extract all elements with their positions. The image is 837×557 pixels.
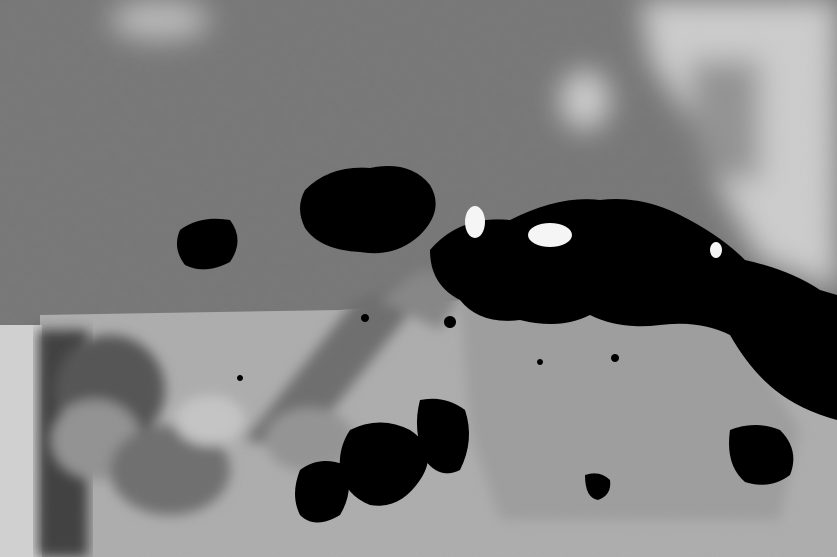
photograph bbox=[0, 0, 837, 557]
photo-canvas bbox=[0, 0, 837, 557]
